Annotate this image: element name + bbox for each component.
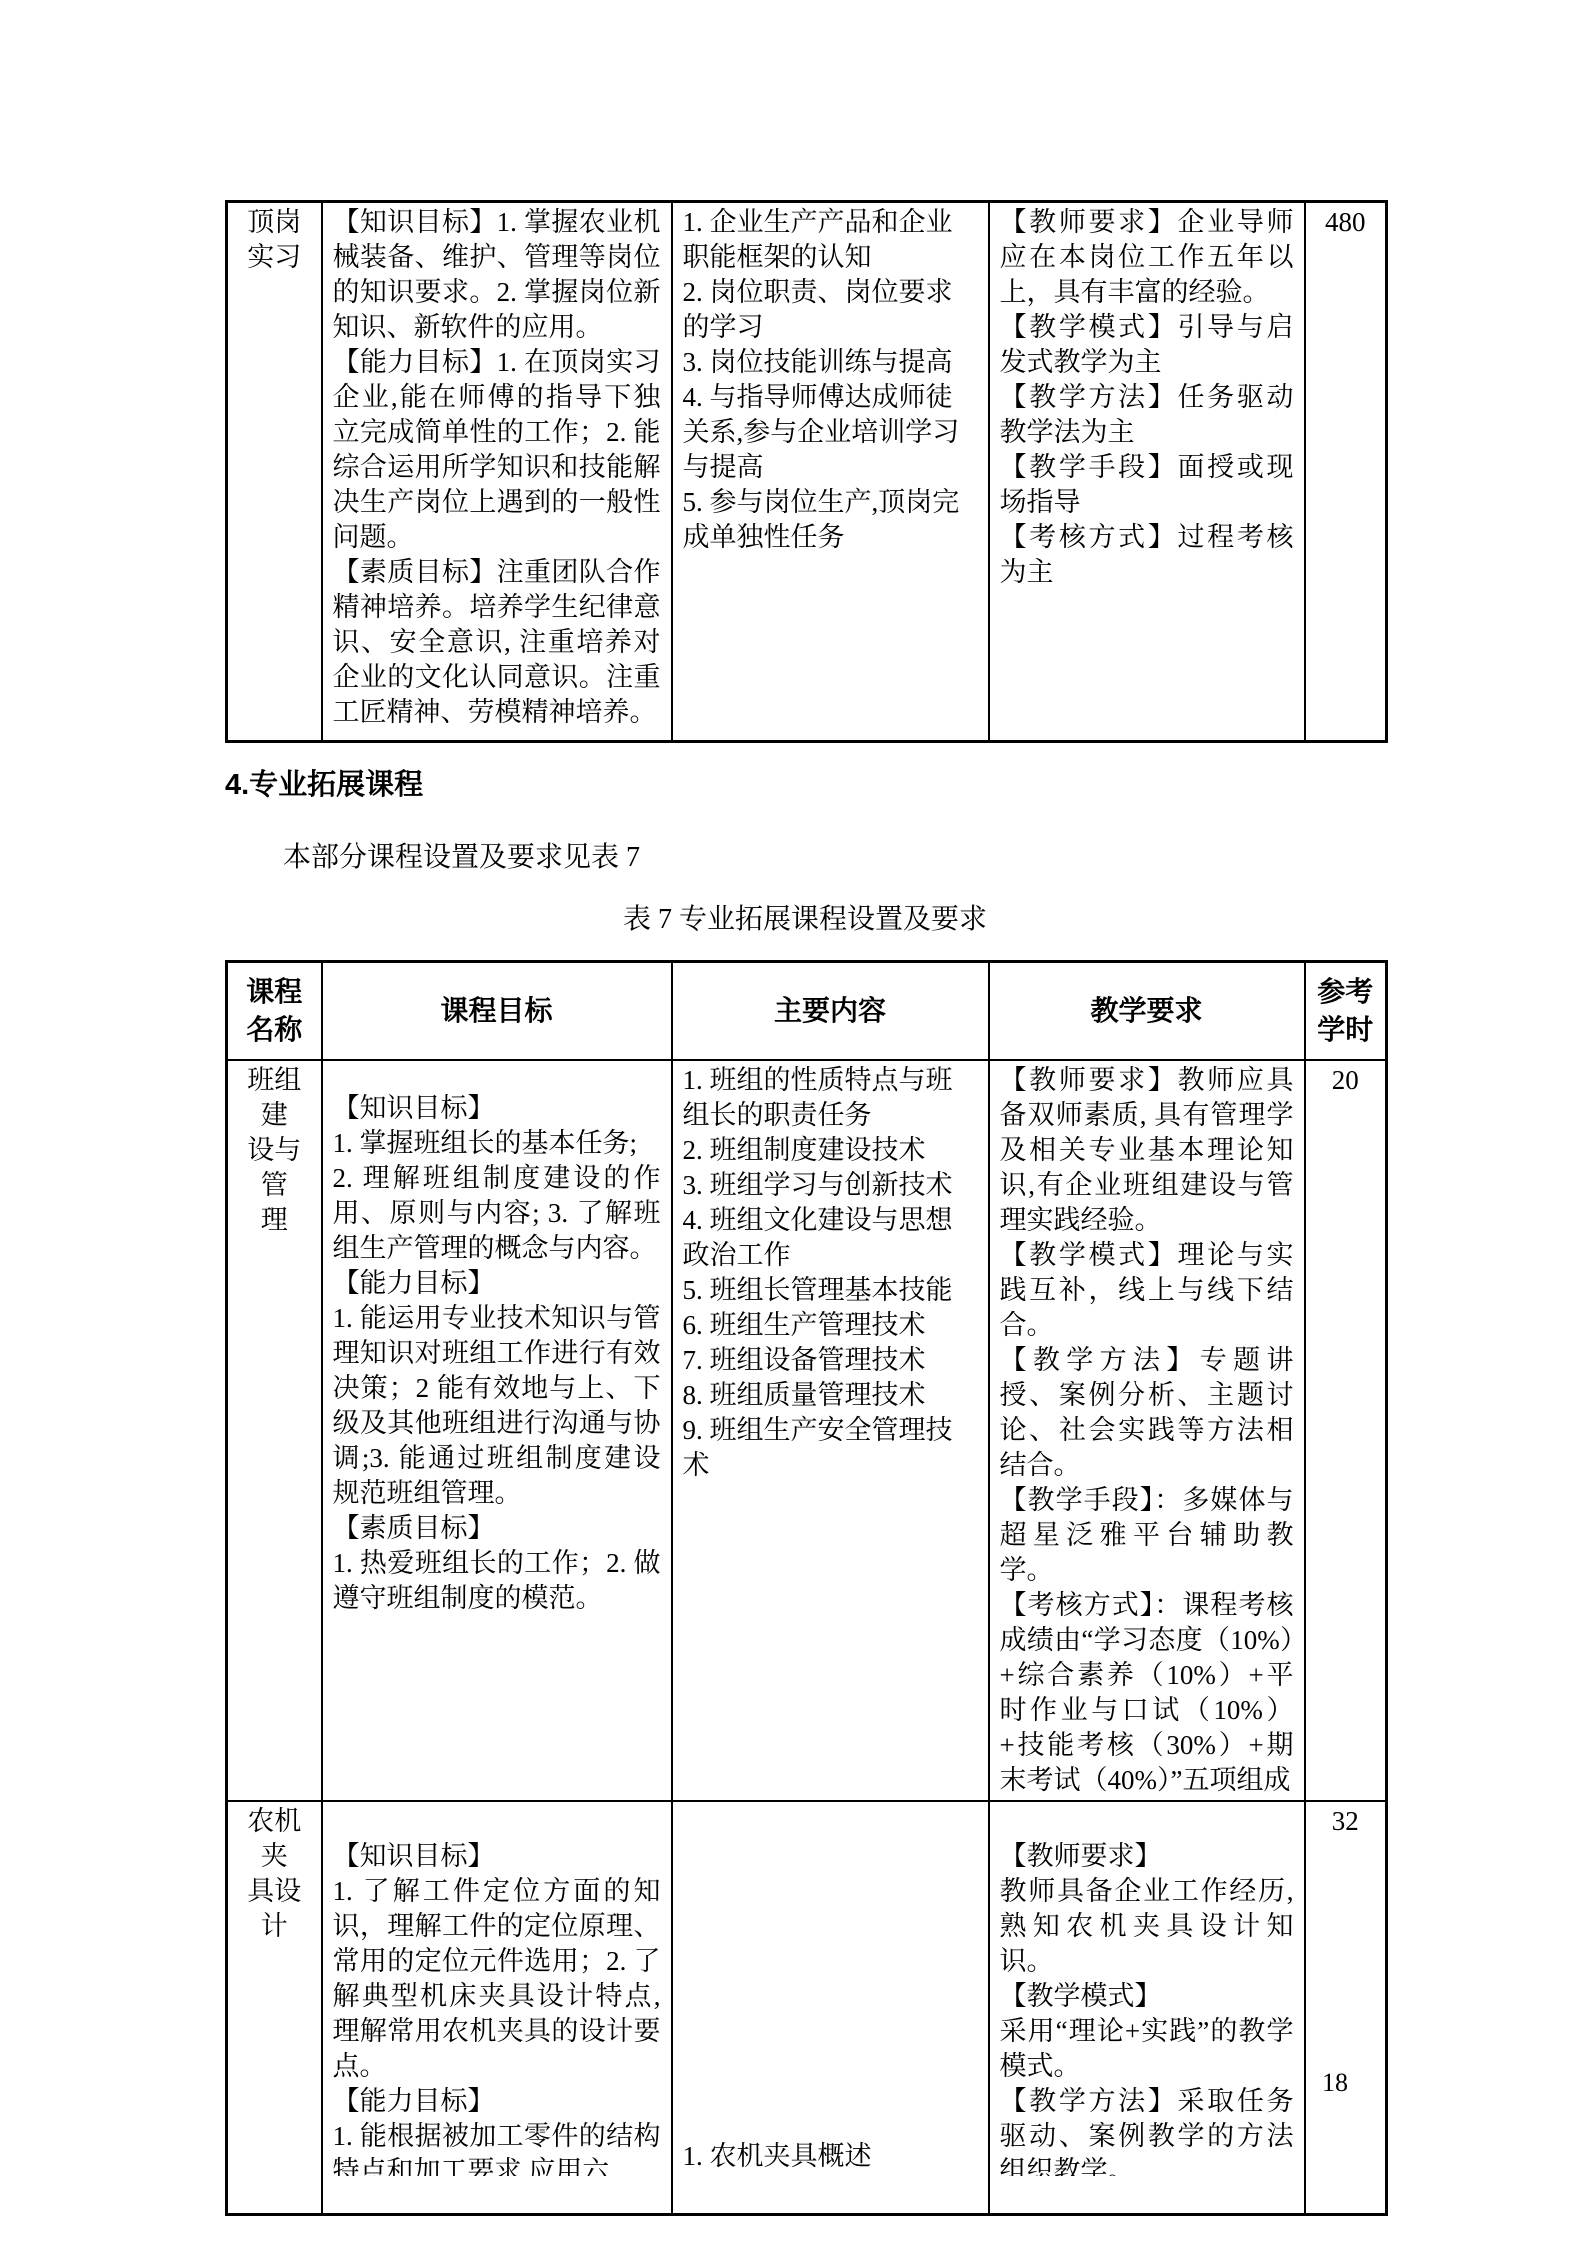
course-content-cell: 1. 班组的性质特点与班组长的职责任务 2. 班组制度建设技术 3. 班组学习与… <box>672 1060 989 1801</box>
table-row: 顶岗 实习 【知识目标】1. 掌握农业机械装备、维护、管理等岗位的知识要求。2.… <box>227 202 1387 742</box>
clipped-goals-text: 【知识目标】 1. 了解工件定位方面的知识，理解工件的定位原理、常用的定位元件选… <box>333 1839 661 2176</box>
course-content-cell: 1. 企业生产产品和企业职能框架的认知 2. 岗位职责、岗位要求的学习 3. 岗… <box>672 202 989 742</box>
extension-course-table: 课程 名称 课程目标 主要内容 教学要求 参考 学时 班组建 设与管 理 【知识… <box>225 960 1388 2216</box>
clipped-content-text: 1. 农机夹具概述 <box>683 1839 978 2176</box>
internship-course-table: 顶岗 实习 【知识目标】1. 掌握农业机械装备、维护、管理等岗位的知识要求。2.… <box>225 200 1388 743</box>
course-requirements-cell: 【教师要求】企业导师应在本岗位工作五年以上，具有丰富的经验。 【教学模式】引导与… <box>989 202 1305 742</box>
header-reference-hours: 参考 学时 <box>1305 962 1387 1060</box>
section-heading: 4.专业拓展课程 <box>225 762 423 803</box>
document-page: { "section": { "heading": "4.专业拓展课程", "i… <box>0 0 1587 2245</box>
table-row: 农机夹 具设计 【知识目标】 1. 了解工件定位方面的知识，理解工件的定位原理、… <box>227 1801 1387 2215</box>
course-name-cell: 班组建 设与管 理 <box>227 1060 322 1801</box>
table-caption: 表 7 专业拓展课程设置及要求 <box>225 897 1385 937</box>
header-main-content: 主要内容 <box>672 962 989 1060</box>
course-hours-cell: 32 <box>1305 1801 1387 2215</box>
course-goals-cell: 【知识目标】 1. 了解工件定位方面的知识，理解工件的定位原理、常用的定位元件选… <box>322 1801 672 2215</box>
course-hours-cell: 20 <box>1305 1060 1387 1801</box>
header-teaching-requirements: 教学要求 <box>989 962 1305 1060</box>
page-number: 18 <box>1322 2068 1348 2098</box>
section-intro-paragraph: 本部分课程设置及要求见表 7 <box>283 835 640 875</box>
course-name-cell: 农机夹 具设计 <box>227 1801 322 2215</box>
course-requirements-cell: 【教师要求】 教师具备企业工作经历,熟知农机夹具设计知识。 【教学模式】 采用“… <box>989 1801 1305 2215</box>
course-content-cell: 1. 农机夹具概述 <box>672 1801 989 2215</box>
course-goals-cell: 【知识目标】 1. 掌握班组长的基本任务; 2. 理解班组制度建设的作用、原则与… <box>322 1060 672 1801</box>
course-name-cell: 顶岗 实习 <box>227 202 322 742</box>
table-header-row: 课程 名称 课程目标 主要内容 教学要求 参考 学时 <box>227 962 1387 1060</box>
course-requirements-cell: 【教师要求】教师应具备双师素质, 具有管理学及相关专业基本理论知识,有企业班组建… <box>989 1060 1305 1801</box>
header-course-goals: 课程目标 <box>322 962 672 1060</box>
course-goals-cell: 【知识目标】1. 掌握农业机械装备、维护、管理等岗位的知识要求。2. 掌握岗位新… <box>322 202 672 742</box>
course-hours-cell: 480 <box>1305 202 1387 742</box>
table-row: 班组建 设与管 理 【知识目标】 1. 掌握班组长的基本任务; 2. 理解班组制… <box>227 1060 1387 1801</box>
clipped-requirements-text: 【教师要求】 教师具备企业工作经历,熟知农机夹具设计知识。 【教学模式】 采用“… <box>1000 1839 1294 2176</box>
header-course-name: 课程 名称 <box>227 962 322 1060</box>
